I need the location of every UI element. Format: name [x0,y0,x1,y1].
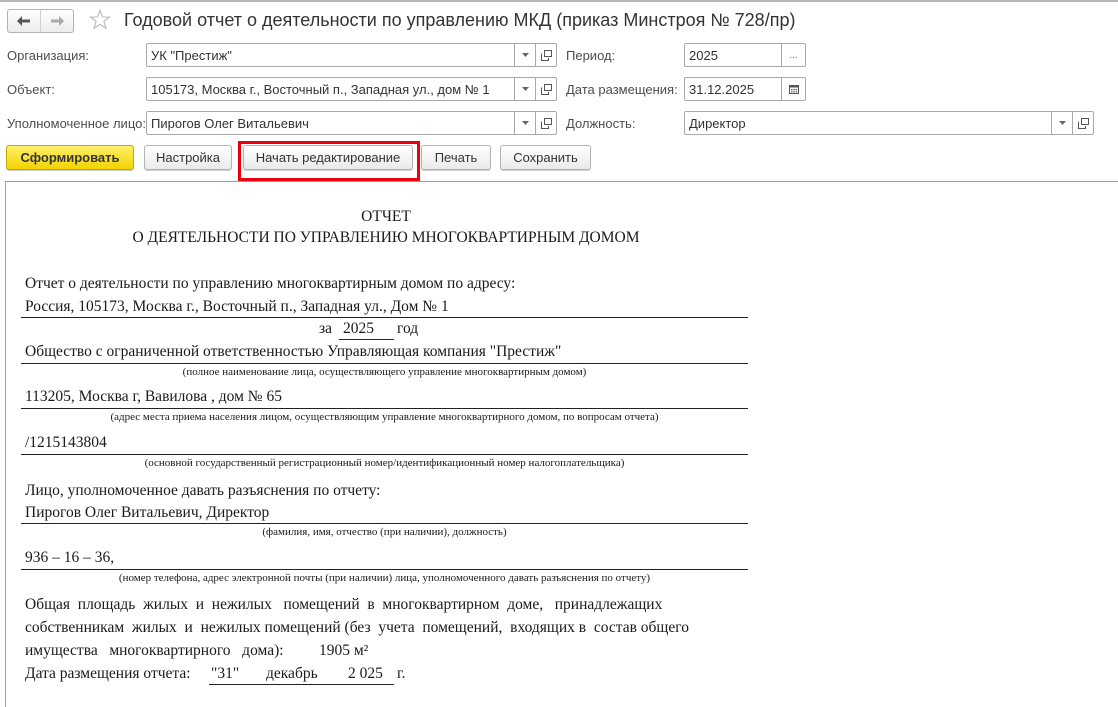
placement-suffix: г. [397,665,405,683]
calendar-icon [789,84,799,94]
address-intro: Отчет о деятельности по управлению много… [25,275,515,293]
settings-button[interactable]: Настройка [144,145,232,170]
position-dropdown-button[interactable] [1051,112,1072,134]
period-field[interactable]: 2025 ... [684,43,806,67]
navigation-buttons [7,9,74,33]
object-dropdown-button[interactable] [514,78,535,100]
year-underline [339,339,394,340]
forward-button[interactable] [40,10,73,32]
object-value[interactable]: 105173, Москва г., Восточный п., Западна… [147,78,514,100]
organization-field[interactable]: УК "Престиж" [146,43,557,67]
placement-day: "31" [211,665,239,683]
ogrn-underline [21,454,748,455]
org-underline [21,363,748,364]
phone: 936 – 16 – 36, [25,549,114,567]
placement-date-field[interactable]: 31.12.2025 [684,77,806,101]
contact-underline [21,523,748,524]
placement-label: Дата размещения отчета: [25,665,191,683]
area-value: 1905 м² [319,642,368,660]
open-window-icon [541,50,552,61]
ogrn-caption: (основной государственный регистрационны… [21,457,748,469]
authorized-person-value[interactable]: Пирогов Олег Витальевич [147,112,514,134]
authorized-person-open-button[interactable] [535,112,556,134]
contact-intro: Лицо, уполномоченное давать разъяснения … [25,482,381,500]
arrow-left-icon [17,16,31,26]
placement-date-label: Дата размещения: [566,82,678,97]
placement-underline [209,684,394,685]
object-label: Объект: [7,82,55,97]
chevron-down-icon [522,87,529,91]
window-title: Годовой отчет о деятельности по управлен… [124,10,795,31]
reception-address: 113205, Москва г, Вавилова , дом № 65 [25,388,282,406]
ellipsis-icon: ... [789,50,797,61]
report-title-line2: О ДЕЯТЕЛЬНОСТИ ПО УПРАВЛЕНИЮ МНОГОКВАРТИ… [6,229,766,247]
back-button[interactable] [8,10,40,32]
year-prefix: за [319,320,332,338]
area-line3: имущества многоквартирного дома): [25,642,284,660]
report-title-line1: ОТЧЕТ [6,208,766,226]
arrow-right-icon [50,16,64,26]
start-editing-button[interactable]: Начать редактирование [243,145,413,170]
window-top-border [0,0,1118,2]
contact-caption: (фамилия, имя, отчество (при наличии), д… [21,526,748,538]
contact-person: Пирогов Олег Витальевич, Директор [25,504,269,522]
authorized-person-dropdown-button[interactable] [514,112,535,134]
authorized-person-field[interactable]: Пирогов Олег Витальевич [146,111,557,135]
chevron-down-icon [522,53,529,57]
year-suffix: год [397,320,418,338]
organization-value[interactable]: УК "Престиж" [147,44,514,66]
phone-underline [21,569,748,570]
organization-dropdown-button[interactable] [514,44,535,66]
phone-caption: (номер телефона, адрес электронной почты… [21,572,748,584]
calendar-button[interactable] [781,78,805,100]
address-underline [21,317,748,318]
report-year: 2025 [343,320,374,338]
chevron-down-icon [522,121,529,125]
org-full-name: Общество с ограниченной ответственностью… [25,343,561,361]
period-select-button[interactable]: ... [781,44,805,66]
position-label: Должность: [566,116,635,131]
ogrn-inn: /1215143804 [25,434,107,452]
object-field[interactable]: 105173, Москва г., Восточный п., Западна… [146,77,557,101]
organization-open-button[interactable] [535,44,556,66]
placement-year: 2 025 [348,665,383,683]
generate-button[interactable]: Сформировать [6,145,134,170]
open-window-icon [1078,118,1089,129]
position-value[interactable]: Директор [685,112,1051,134]
object-open-button[interactable] [535,78,556,100]
area-line2: собственникам жилых и нежилых помещений … [25,619,689,637]
period-value[interactable]: 2025 [685,44,781,66]
placement-month: декабрь [266,665,318,683]
period-label: Период: [566,48,615,63]
placement-date-value[interactable]: 31.12.2025 [685,78,781,100]
open-window-icon [541,118,552,129]
position-open-button[interactable] [1072,112,1093,134]
chevron-down-icon [1059,121,1066,125]
position-field[interactable]: Директор [684,111,1094,135]
area-line1: Общая площадь жилых и нежилых помещений … [25,596,662,614]
report-document-area[interactable]: ОТЧЕТ О ДЕЯТЕЛЬНОСТИ ПО УПРАВЛЕНИЮ МНОГО… [5,181,1118,707]
star-icon[interactable] [89,9,111,31]
organization-label: Организация: [7,48,89,63]
print-button[interactable]: Печать [421,145,491,170]
authorized-person-label: Уполномоченное лицо: [7,116,146,131]
org-caption: (полное наименование лица, осуществляюще… [21,366,748,378]
house-address: Россия, 105173, Москва г., Восточный п.,… [25,298,449,316]
save-button[interactable]: Сохранить [500,145,591,170]
open-window-icon [541,84,552,95]
reception-caption: (адрес места приема населения лицом, осу… [21,411,748,423]
reception-underline [21,408,748,409]
